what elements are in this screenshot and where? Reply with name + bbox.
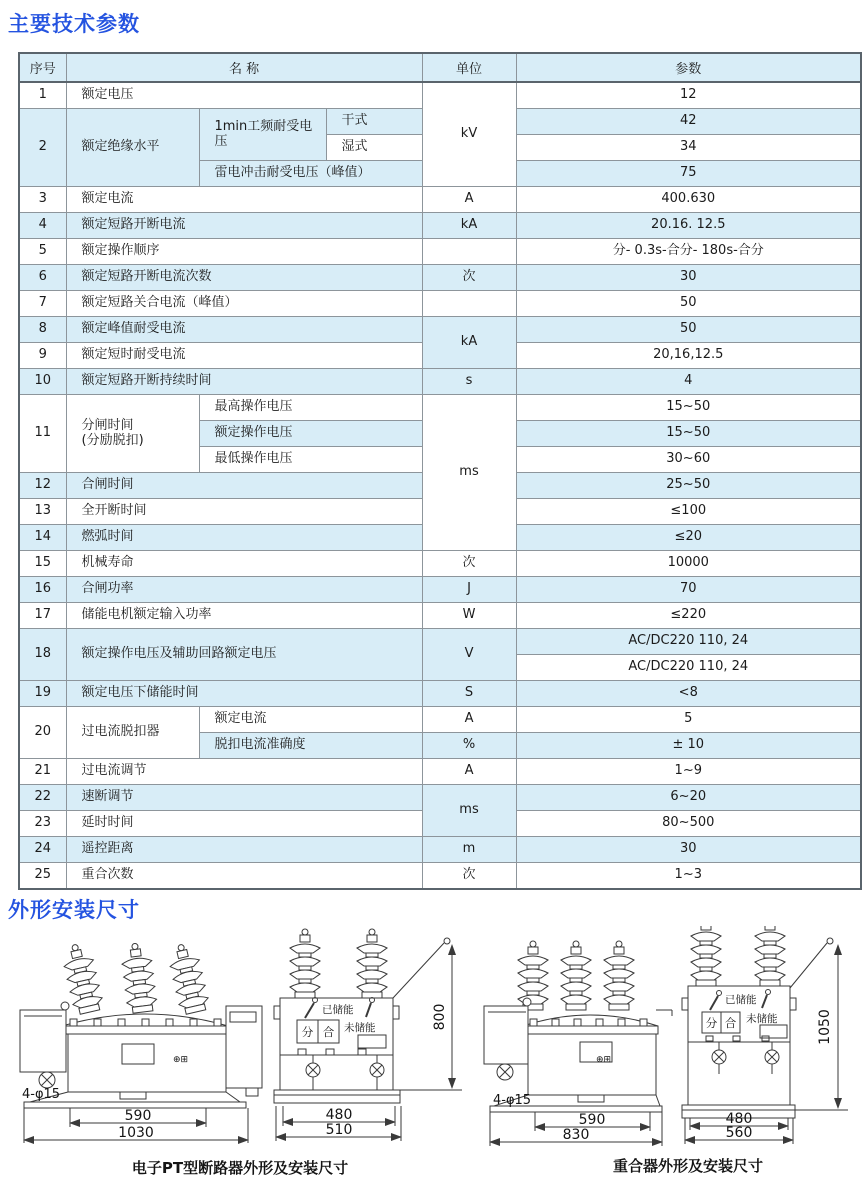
table-cell: 分- 0.3s-合分- 180s-合分 (516, 239, 861, 265)
table-cell: A (422, 187, 516, 213)
table-cell: 12 (19, 473, 66, 499)
open-button-label: 分 (706, 1016, 718, 1030)
table-cell: 合闸功率 (66, 577, 422, 603)
table-cell: 1~9 (516, 759, 861, 785)
table-cell: 18 (19, 629, 66, 681)
recloser-front-width-outer-label: 560 (726, 1125, 753, 1141)
table-cell: 额定电流 (66, 187, 422, 213)
charged-indicator-label: 已储能 (322, 1003, 354, 1016)
table-cell: 额定电压下储能时间 (66, 681, 422, 707)
table-cell: 6~20 (516, 785, 861, 811)
table-cell: 湿式 (326, 135, 422, 161)
header-row: 序号 名 称 单位 参数 (19, 53, 861, 82)
table-cell: 额定绝缘水平 (66, 109, 199, 187)
table-row: 15机械寿命次10000 (19, 551, 861, 577)
table-row: 19额定电压下储能时间S<8 (19, 681, 861, 707)
table-cell: 次 (422, 265, 516, 291)
recloser-mounting-holes-label: 4-φ15 (493, 1093, 531, 1108)
close-button-label: 合 (725, 1016, 737, 1030)
table-cell: 22 (19, 785, 66, 811)
table-cell: kV (422, 82, 516, 187)
recloser-side-width-outer-label: 830 (563, 1127, 590, 1143)
table-cell: 30~60 (516, 447, 861, 473)
pt-front-height-label: 800 (432, 1004, 448, 1031)
table-cell: 储能电机额定输入功率 (66, 603, 422, 629)
table-cell: 6 (19, 265, 66, 291)
table-cell: 过电流脱扣器 (66, 707, 199, 759)
table-cell: 16 (19, 577, 66, 603)
uncharged-indicator-label: 未储能 (746, 1012, 778, 1025)
table-cell: 额定短路开断电流次数 (66, 265, 422, 291)
outline-drawings: ⊕⊞ 590 1030 4-φ15 分 合 已储 (0, 926, 867, 1185)
table-row: 8额定峰值耐受电流kA50 (19, 317, 861, 343)
table-cell: 雷电冲击耐受电压（峰值） (199, 161, 422, 187)
table-row: 7额定短路关合电流（峰值）50 (19, 291, 861, 317)
recloser-front-view-drawing: 分 合 已储能 未储能 480 560 1050 (682, 926, 848, 1144)
table-cell (422, 239, 516, 265)
table-cell: 15~50 (516, 421, 861, 447)
table-cell: 4 (19, 213, 66, 239)
table-cell: W (422, 603, 516, 629)
table-row: 18额定操作电压及辅助回路额定电压VAC/DC220 110, 24 (19, 629, 861, 655)
table-cell: 8 (19, 317, 66, 343)
pt-side-view-drawing: ⊕⊞ 590 1030 4-φ15 (20, 941, 262, 1143)
col-header-name: 名 称 (66, 53, 422, 82)
table-row: 25重合次数次1~3 (19, 863, 861, 890)
table-cell: 19 (19, 681, 66, 707)
table-cell: 4 (516, 369, 861, 395)
table-cell: 42 (516, 109, 861, 135)
table-cell: ≤20 (516, 525, 861, 551)
params-table: 序号 名 称 单位 参数 1额定电压kV122额定绝缘水平1min工频耐受电压干… (18, 52, 862, 890)
pt-mounting-holes-label: 4-φ15 (22, 1087, 60, 1102)
table-cell: 1 (19, 82, 66, 109)
table-cell: ± 10 (516, 733, 861, 759)
table-cell: 最低操作电压 (199, 447, 422, 473)
table-cell: 机械寿命 (66, 551, 422, 577)
table-cell: AC/DC220 110, 24 (516, 655, 861, 681)
open-button-label: 分 (302, 1025, 314, 1039)
table-row: 16合闸功率J70 (19, 577, 861, 603)
table-cell (422, 291, 516, 317)
pt-drawing-caption: 电子PT型断路器外形及安装尺寸 (132, 1159, 348, 1177)
table-cell: 额定操作电压 (199, 421, 422, 447)
table-cell: 全开断时间 (66, 499, 422, 525)
table-cell: s (422, 369, 516, 395)
table-row: 5额定操作顺序分- 0.3s-合分- 180s-合分 (19, 239, 861, 265)
table-cell: 25 (19, 863, 66, 890)
table-cell: 延时时间 (66, 811, 422, 837)
table-cell: 20.16. 12.5 (516, 213, 861, 239)
table-row: 17储能电机额定输入功率W≤220 (19, 603, 861, 629)
recloser-side-width-inner-label: 590 (579, 1112, 606, 1128)
table-cell: 额定操作电压及辅助回路额定电压 (66, 629, 422, 681)
table-cell: 50 (516, 317, 861, 343)
table-cell: 70 (516, 577, 861, 603)
table-cell: kA (422, 317, 516, 369)
table-cell: 10000 (516, 551, 861, 577)
table-cell: 干式 (326, 109, 422, 135)
table-cell: 5 (19, 239, 66, 265)
col-header-value: 参数 (516, 53, 861, 82)
table-cell: 12 (516, 82, 861, 109)
table-cell: 13 (19, 499, 66, 525)
table-cell: 20 (19, 707, 66, 759)
table-cell: 30 (516, 265, 861, 291)
table-cell: S (422, 681, 516, 707)
table-cell: 21 (19, 759, 66, 785)
table-row: 1额定电压kV12 (19, 82, 861, 109)
table-cell: 额定峰值耐受电流 (66, 317, 422, 343)
table-cell: ≤220 (516, 603, 861, 629)
table-cell: 80~500 (516, 811, 861, 837)
table-cell: ms (422, 395, 516, 551)
table-cell: 15~50 (516, 395, 861, 421)
table-cell: 额定短时耐受电流 (66, 343, 422, 369)
ground-mark-symbols: ⊕⊞ (173, 1055, 188, 1065)
table-cell: 23 (19, 811, 66, 837)
table-cell: 次 (422, 863, 516, 890)
table-cell: J (422, 577, 516, 603)
table-cell: 2 (19, 109, 66, 187)
table-cell: 10 (19, 369, 66, 395)
table-cell: 额定操作顺序 (66, 239, 422, 265)
params-table-body: 1额定电压kV122额定绝缘水平1min工频耐受电压干式42湿式34雷电冲击耐受… (19, 82, 861, 889)
table-row: 6额定短路开断电流次数次30 (19, 265, 861, 291)
pt-front-view-drawing: 分 合 已储能 未储能 480 510 800 (274, 929, 462, 1141)
ground-mark-symbols: ⊕⊞ (596, 1055, 611, 1065)
table-cell: 1min工频耐受电压 (199, 109, 326, 161)
table-cell: 9 (19, 343, 66, 369)
close-button-label: 合 (323, 1025, 335, 1039)
table-cell: 25~50 (516, 473, 861, 499)
page-title-params: 主要技术参数 (8, 8, 140, 38)
table-cell: 速断调节 (66, 785, 422, 811)
table-row: 10额定短路开断持续时间s4 (19, 369, 861, 395)
table-cell: 20,16,12.5 (516, 343, 861, 369)
recloser-front-height-label: 1050 (817, 1009, 833, 1045)
params-table-header: 序号 名 称 单位 参数 (19, 53, 861, 82)
table-cell: 分闸时间 (分励脱扣) (66, 395, 199, 473)
table-cell: 400.630 (516, 187, 861, 213)
table-cell: 额定短路开断持续时间 (66, 369, 422, 395)
table-cell: 脱扣电流准确度 (199, 733, 422, 759)
table-cell: 34 (516, 135, 861, 161)
table-cell: 3 (19, 187, 66, 213)
table-cell: V (422, 629, 516, 681)
uncharged-indicator-label: 未储能 (344, 1021, 376, 1034)
table-cell: 额定电流 (199, 707, 422, 733)
table-cell: AC/DC220 110, 24 (516, 629, 861, 655)
table-cell: 7 (19, 291, 66, 317)
pt-side-width-inner-label: 590 (125, 1108, 152, 1124)
table-cell: 重合次数 (66, 863, 422, 890)
table-cell: ms (422, 785, 516, 837)
table-cell: 1~3 (516, 863, 861, 890)
table-cell: 14 (19, 525, 66, 551)
table-cell: 30 (516, 837, 861, 863)
table-cell: 15 (19, 551, 66, 577)
table-cell: 燃弧时间 (66, 525, 422, 551)
pt-front-width-inner-label: 480 (326, 1107, 353, 1123)
table-cell: kA (422, 213, 516, 239)
pt-side-width-outer-label: 1030 (118, 1125, 154, 1141)
table-cell: 17 (19, 603, 66, 629)
col-header-unit: 单位 (422, 53, 516, 82)
col-header-index: 序号 (19, 53, 66, 82)
table-cell: % (422, 733, 516, 759)
table-row: 24遥控距离m30 (19, 837, 861, 863)
table-cell: ≤100 (516, 499, 861, 525)
table-cell: 遥控距离 (66, 837, 422, 863)
table-cell: 额定短路开断电流 (66, 213, 422, 239)
table-cell: m (422, 837, 516, 863)
table-cell: A (422, 707, 516, 733)
table-row: 11分闸时间 (分励脱扣)最高操作电压ms15~50 (19, 395, 861, 421)
table-cell: 5 (516, 707, 861, 733)
table-cell: 过电流调节 (66, 759, 422, 785)
recloser-drawing-caption: 重合器外形及安装尺寸 (613, 1157, 763, 1175)
table-row: 20过电流脱扣器额定电流A5 (19, 707, 861, 733)
table-cell: 24 (19, 837, 66, 863)
pt-front-width-outer-label: 510 (326, 1122, 353, 1138)
charged-indicator-label: 已储能 (725, 993, 757, 1006)
table-row: 21过电流调节A1~9 (19, 759, 861, 785)
table-cell: 合闸时间 (66, 473, 422, 499)
table-cell: 50 (516, 291, 861, 317)
table-cell: 额定电压 (66, 82, 422, 109)
table-cell: A (422, 759, 516, 785)
table-cell: 次 (422, 551, 516, 577)
table-cell: 75 (516, 161, 861, 187)
table-row: 4额定短路开断电流kA20.16. 12.5 (19, 213, 861, 239)
table-cell: 11 (19, 395, 66, 473)
table-cell: 最高操作电压 (199, 395, 422, 421)
table-cell: 额定短路关合电流（峰值） (66, 291, 422, 317)
table-row: 3额定电流A400.630 (19, 187, 861, 213)
page-title-dimensions: 外形安装尺寸 (8, 894, 140, 924)
table-cell: <8 (516, 681, 861, 707)
table-row: 22速断调节ms6~20 (19, 785, 861, 811)
recloser-side-view-drawing: ⊕⊞ 590 830 4-φ15 (484, 941, 672, 1146)
